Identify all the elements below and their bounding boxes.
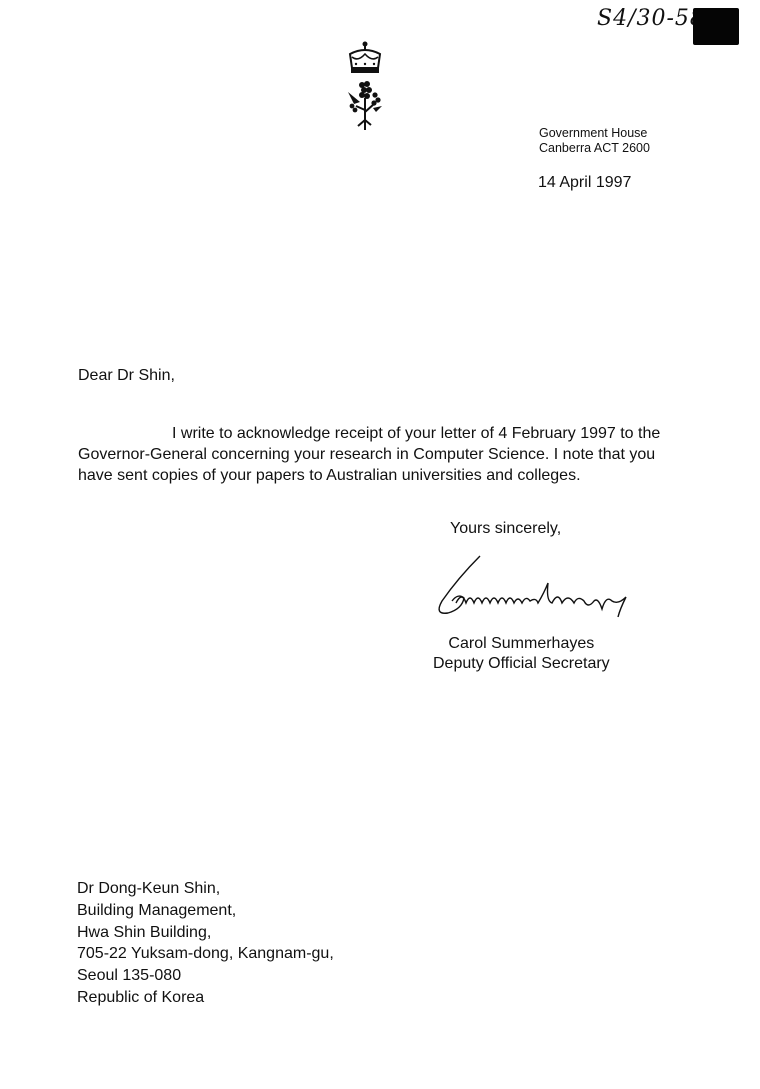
recipient-address-line: Hwa Shin Building, (77, 922, 334, 944)
recipient-address-line: Dr Dong-Keun Shin, (77, 878, 334, 900)
body-line: I write to acknowledge receipt of your l… (78, 423, 668, 444)
signature-icon (428, 553, 648, 623)
sender-address-line: Government House (539, 126, 650, 141)
redaction-block (693, 8, 739, 45)
sender-address-line: Canberra ACT 2600 (539, 141, 650, 156)
recipient-address-line: 705-22 Yuksam-dong, Kangnam-gu, (77, 943, 334, 965)
reference-number: S4/30-58 (597, 6, 705, 31)
recipient-address-line: Republic of Korea (77, 987, 334, 1009)
closing: Yours sincerely, (450, 520, 561, 538)
crest-icon (340, 40, 390, 135)
recipient-address-line: Building Management, (77, 900, 334, 922)
signer-block: Carol Summerhayes Deputy Official Secret… (433, 634, 610, 674)
letter-body: I write to acknowledge receipt of your l… (78, 423, 668, 486)
salutation: Dear Dr Shin, (78, 367, 175, 385)
body-line: Governor-General concerning your researc… (78, 444, 668, 465)
body-line: have sent copies of your papers to Austr… (78, 465, 668, 486)
recipient-address-line: Seoul 135-080 (77, 965, 334, 987)
sender-address: Government House Canberra ACT 2600 (539, 126, 650, 156)
recipient-address: Dr Dong-Keun Shin, Building Management, … (77, 878, 334, 1009)
signer-title: Deputy Official Secretary (433, 654, 610, 674)
signer-name: Carol Summerhayes (433, 634, 610, 654)
letter-date: 14 April 1997 (538, 174, 631, 192)
